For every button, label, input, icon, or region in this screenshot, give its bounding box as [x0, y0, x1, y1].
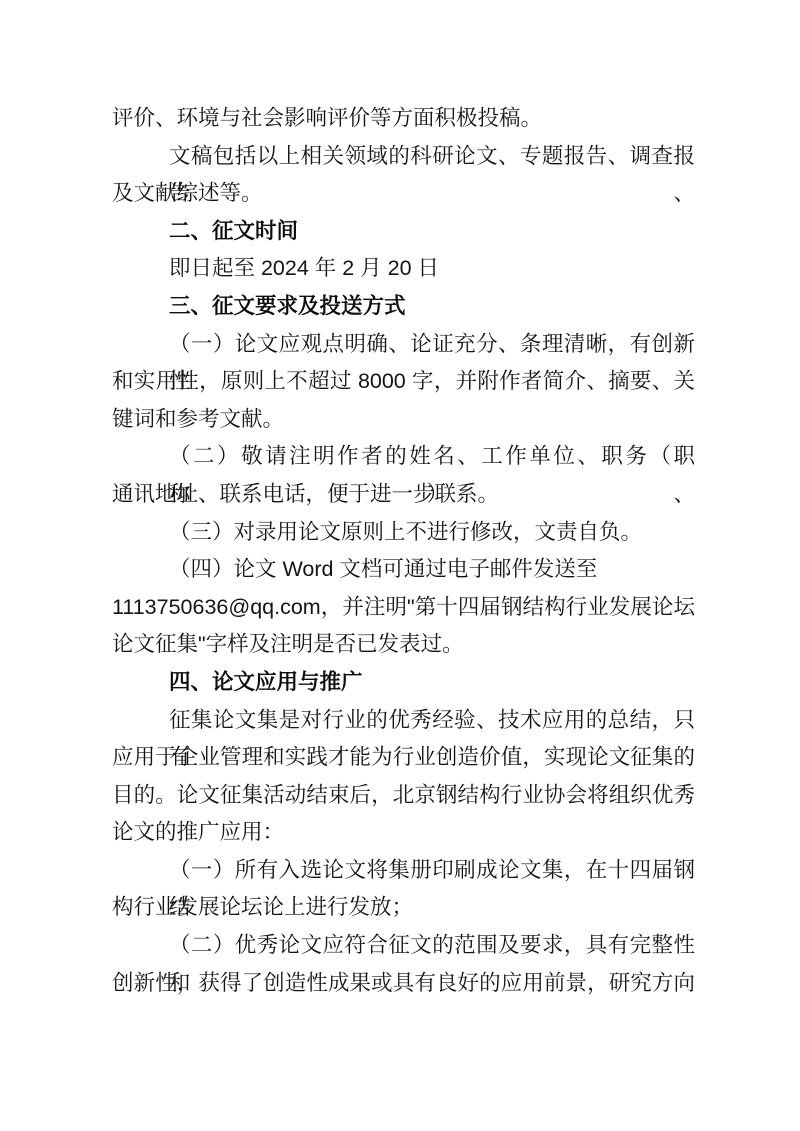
text-line: （一）所有入选论文将集册印刷成论文集，在十四届钢结	[112, 852, 695, 890]
text-line: 论文的推广应用：	[112, 814, 695, 852]
section-heading: 二、征文时间	[112, 213, 695, 251]
text-line: （四）论文 Word 文档可通过电子邮件发送至	[112, 551, 695, 589]
text-line: 文稿包括以上相关领域的科研论文、专题报告、调查报告、	[112, 138, 695, 176]
text-line: （三）对录用论文原则上不进行修改，文责自负。	[112, 514, 695, 552]
text-line: 键词和参考文献。	[112, 401, 695, 439]
section-heading: 四、论文应用与推广	[112, 664, 695, 702]
text-line: 目的。论文征集活动结束后，北京钢结构行业协会将组织优秀	[112, 777, 695, 815]
text-line: 1113750636@qq.com，并注明"第十四届钢结构行业发展论坛	[112, 589, 695, 627]
text-line: 构行业发展论坛论上进行发放；	[112, 889, 695, 927]
text-line: 征集论文集是对行业的优秀经验、技术应用的总结，只有	[112, 702, 695, 740]
section-heading: 三、征文要求及投送方式	[112, 288, 695, 326]
document-body: 评价、环境与社会影响评价等方面积极投稿。文稿包括以上相关领域的科研论文、专题报告…	[112, 100, 695, 1002]
text-line: （二）优秀论文应符合征文的范围及要求，具有完整性和	[112, 927, 695, 965]
text-line: 创新性，获得了创造性成果或具有良好的应用前景，研究方向	[112, 965, 695, 1003]
text-line: （二）敬请注明作者的姓名、工作单位、职务（职称）、	[112, 438, 695, 476]
document-page: 评价、环境与社会影响评价等方面积极投稿。文稿包括以上相关领域的科研论文、专题报告…	[0, 0, 800, 1131]
text-line: 和实用性，原则上不超过 8000 字，并附作者简介、摘要、关	[112, 363, 695, 401]
text-line: 应用于企业管理和实践才能为行业创造价值，实现论文征集的	[112, 739, 695, 777]
text-line: 即日起至 2024 年 2 月 20 日	[112, 250, 695, 288]
text-line: 评价、环境与社会影响评价等方面积极投稿。	[112, 100, 695, 138]
text-line: （一）论文应观点明确、论证充分、条理清晰，有创新性	[112, 326, 695, 364]
text-line: 论文征集"字样及注明是否已发表过。	[112, 626, 695, 664]
